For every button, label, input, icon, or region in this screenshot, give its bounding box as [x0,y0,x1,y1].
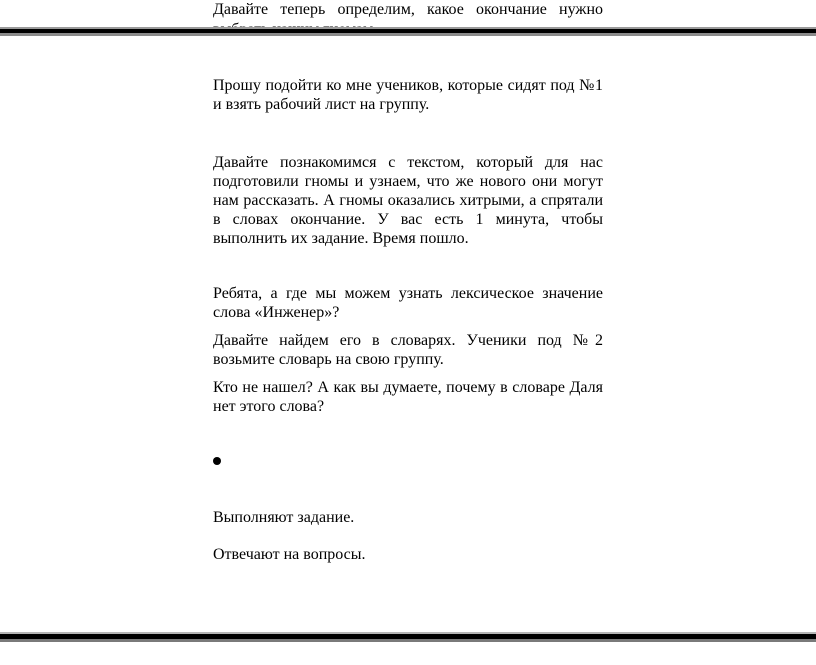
instruction-paragraph-4: Давайте найдем его в словарях. Ученики п… [213,331,603,369]
page-break-rule-top [0,27,816,36]
instruction-paragraph-2: Давайте познакомимся с текстом, который … [213,153,603,248]
page-gap-mask [0,36,816,46]
student-action-2: Отвечают на вопросы. [213,545,603,564]
instruction-paragraph-3: Ребята, а где мы можем узнать лексическо… [213,284,603,322]
page-break-rule-bottom [0,632,816,642]
student-action-1: Выполняют задание. [213,508,603,527]
instruction-paragraph-1: Прошу подойти ко мне учеников, которые с… [213,76,603,114]
instruction-paragraph-5: Кто не нашел? А как вы думаете, почему в… [213,378,603,416]
bullet-icon [213,457,221,465]
top-paragraph-line-1: Давайте теперь определим, какое окончани… [213,0,603,19]
